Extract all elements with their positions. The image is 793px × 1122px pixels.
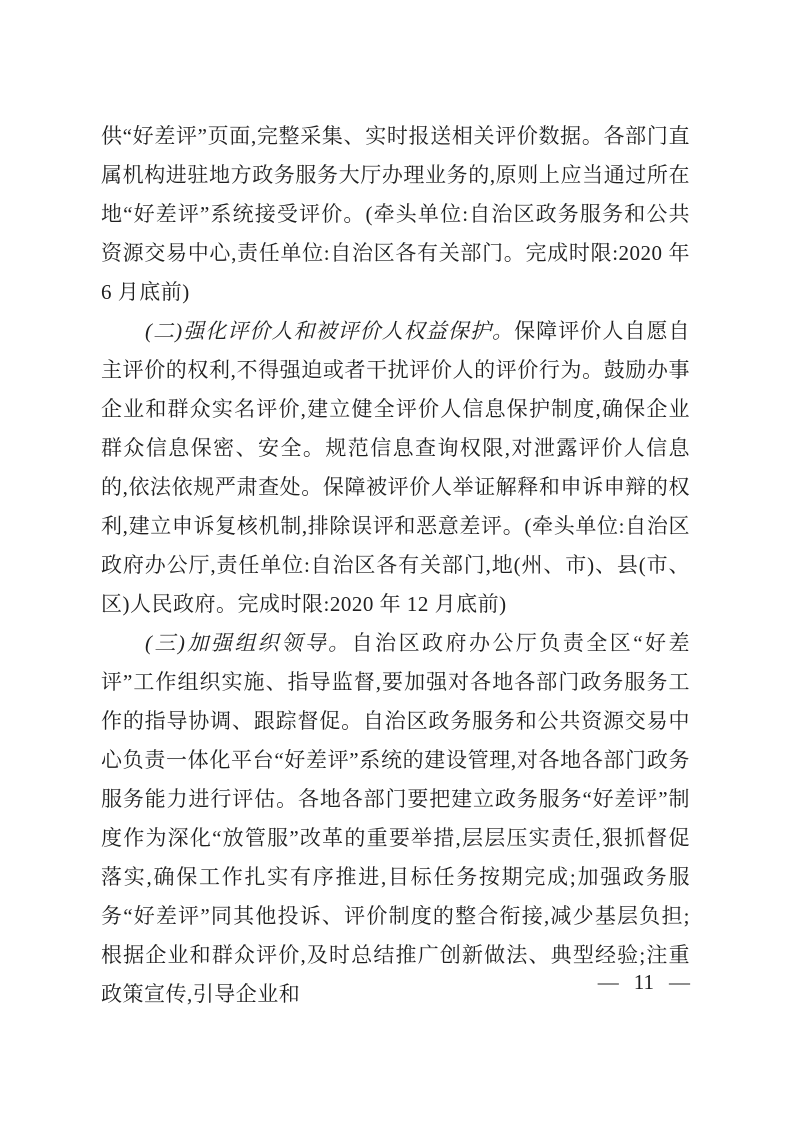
page-number: 11 — [634, 969, 654, 995]
paragraph-section-2: (二)强化评价人和被评价人权益保护。保障评价人自愿自主评价的权利,不得强迫或者干… — [101, 312, 690, 624]
footer-dash-left: — — [598, 969, 619, 995]
section-2-heading: (二)强化评价人和被评价人权益保护。 — [145, 319, 514, 343]
page-footer: — 11 — — [598, 969, 690, 995]
footer-dash-right: — — [669, 969, 690, 995]
document-page: 供“好差评”页面,完整采集、实时报送相关评价数据。各部门直属机构进驻地方政务服务… — [0, 0, 793, 1122]
section-3-heading: (三)加强组织领导。 — [145, 631, 352, 655]
document-body: 供“好差评”页面,完整采集、实时报送相关评价数据。各部门直属机构进驻地方政务服务… — [101, 117, 690, 1014]
section-2-text: 保障评价人自愿自主评价的权利,不得强迫或者干扰评价人的评价行为。鼓励办事企业和群… — [101, 319, 690, 616]
section-3-text: 自治区政府办公厅负责全区“好差评”工作组织实施、指导监督,要加强对各地各部门政务… — [101, 631, 690, 1006]
paragraph-continuation: 供“好差评”页面,完整采集、实时报送相关评价数据。各部门直属机构进驻地方政务服务… — [101, 117, 690, 312]
paragraph-section-3: (三)加强组织领导。自治区政府办公厅负责全区“好差评”工作组织实施、指导监督,要… — [101, 624, 690, 1014]
